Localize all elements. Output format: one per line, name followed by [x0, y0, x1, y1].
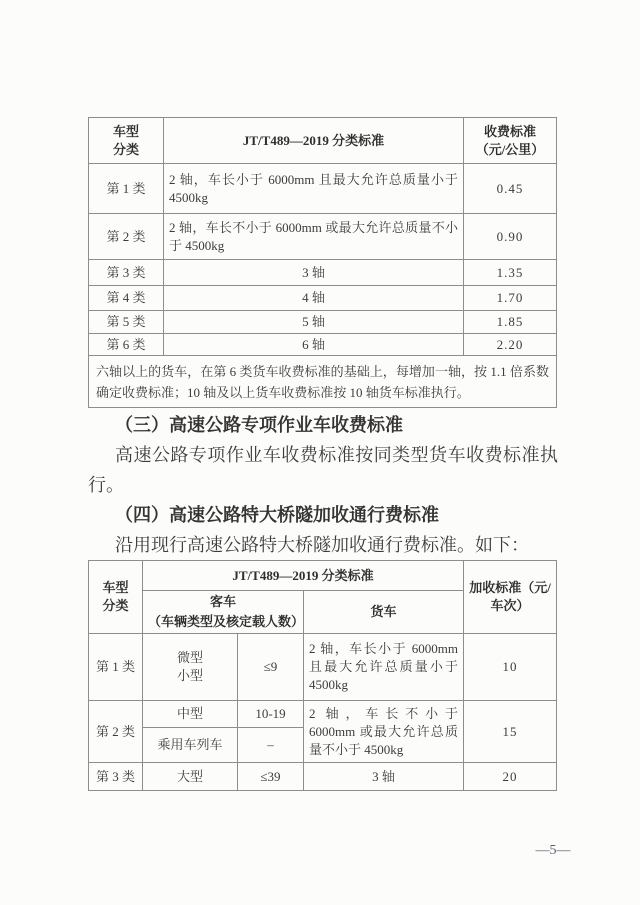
toll-rate-table: 车型 分类 JT/T489—2019 分类标准 收费标准 （元/公里） 第 1 … — [88, 117, 557, 408]
t1-category-cell: 第 4 类 — [89, 286, 164, 311]
body-text: （三）高速公路专项作业车收费标准 高速公路专项作业车收费标准按同类型货车收费标准… — [88, 410, 558, 560]
t2-seats-cell: ≤9 — [238, 634, 304, 701]
table-row: 第 4 类 4 轴 1.70 — [89, 286, 557, 311]
t1-standard-cell: 6 轴 — [164, 334, 464, 356]
t1-category-cell: 第 5 类 — [89, 311, 164, 334]
surcharge-table: 车型 分类 JT/T489—2019 分类标准 加收标准（元/车次） 客车 （车… — [88, 560, 557, 791]
t2-truck-cell: 2 轴，车长不小于 6000mm 或最大允许总质量不小于 4500kg — [304, 701, 464, 763]
table-row: 六轴以上的货车，在第 6 类货车收费标准的基础上，每增加一轴，按 1.1 倍系数… — [89, 356, 557, 408]
t1-category-cell: 第 3 类 — [89, 260, 164, 286]
t1-fee-cell: 1.85 — [464, 311, 557, 334]
t1-standard-cell: 2 轴，车长不小于 6000mm 或最大允许总质量不小于 4500kg — [164, 214, 464, 260]
table-row: 第 1 类 2 轴，车长小于 6000mm 且最大允许总质量小于 4500kg … — [89, 164, 557, 214]
t2-fee-cell: 10 — [464, 634, 557, 701]
t2-bus-type-cell: 中型 — [143, 701, 238, 728]
t1-standard-cell: 5 轴 — [164, 311, 464, 334]
section-body-3: 高速公路专项作业车收费标准按同类型货车收费标准执行。 — [88, 440, 558, 500]
t1-fee-cell: 0.45 — [464, 164, 557, 214]
t1-header-standard: JT/T489—2019 分类标准 — [164, 118, 464, 164]
t2-fee-cell: 20 — [464, 763, 557, 791]
t2-seats-cell: ≤39 — [238, 763, 304, 791]
t1-standard-cell: 2 轴，车长小于 6000mm 且最大允许总质量小于 4500kg — [164, 164, 464, 214]
t1-standard-cell: 4 轴 — [164, 286, 464, 311]
t2-bus-type-cell: 大型 — [143, 763, 238, 791]
section-heading-3: （三）高速公路专项作业车收费标准 — [88, 410, 558, 440]
t2-bus-type-cell: 乘用车列车 — [143, 728, 238, 763]
t2-header-bus-group: 客车 （车辆类型及核定载人数） — [143, 591, 304, 634]
t1-header-category: 车型 分类 — [89, 118, 164, 164]
t1-category-cell: 第 1 类 — [89, 164, 164, 214]
table-row: 第 3 类 大型 ≤39 3 轴 20 — [89, 763, 557, 791]
table-row: 第 2 类 2 轴，车长不小于 6000mm 或最大允许总质量不小于 4500k… — [89, 214, 557, 260]
t1-standard-cell: 3 轴 — [164, 260, 464, 286]
t2-fee-cell: 15 — [464, 701, 557, 763]
table-row: 第 5 类 5 轴 1.85 — [89, 311, 557, 334]
table-row: 第 6 类 6 轴 2.20 — [89, 334, 557, 356]
t1-note-cell: 六轴以上的货车，在第 6 类货车收费标准的基础上，每增加一轴，按 1.1 倍系数… — [89, 356, 557, 408]
t1-fee-cell: 1.35 — [464, 260, 557, 286]
t2-seats-cell: – — [238, 728, 304, 763]
document-page: 车型 分类 JT/T489—2019 分类标准 收费标准 （元/公里） 第 1 … — [0, 0, 640, 905]
section-body-4: 沿用现行高速公路特大桥隧加收通行费标准。如下： — [88, 530, 558, 560]
t2-header-truck: 货车 — [304, 591, 464, 634]
t1-fee-cell: 0.90 — [464, 214, 557, 260]
section-heading-4: （四）高速公路特大桥隧加收通行费标准 — [88, 500, 558, 530]
t2-category-cell: 第 1 类 — [89, 634, 143, 701]
t2-bus-type-cell: 微型 小型 — [143, 634, 238, 701]
table-row: 第 3 类 3 轴 1.35 — [89, 260, 557, 286]
t2-seats-cell: 10-19 — [238, 701, 304, 728]
t1-header-fee: 收费标准 （元/公里） — [464, 118, 557, 164]
t2-truck-cell: 3 轴 — [304, 763, 464, 791]
t1-category-cell: 第 6 类 — [89, 334, 164, 356]
t2-truck-cell: 2 轴，车长小于 6000mm 且最大允许总质量小于 4500kg — [304, 634, 464, 701]
page-number: —5— — [528, 843, 578, 859]
t2-category-cell: 第 2 类 — [89, 701, 143, 763]
t2-header-standard-group: JT/T489—2019 分类标准 — [143, 561, 464, 591]
t2-category-cell: 第 3 类 — [89, 763, 143, 791]
table-row: 第 2 类 中型 10-19 2 轴，车长不小于 6000mm 或最大允许总质量… — [89, 701, 557, 728]
t2-header-fee: 加收标准（元/车次） — [464, 561, 557, 634]
t1-fee-cell: 2.20 — [464, 334, 557, 356]
table-row: 第 1 类 微型 小型 ≤9 2 轴，车长小于 6000mm 且最大允许总质量小… — [89, 634, 557, 701]
t1-fee-cell: 1.70 — [464, 286, 557, 311]
t2-header-category: 车型 分类 — [89, 561, 143, 634]
t1-category-cell: 第 2 类 — [89, 214, 164, 260]
